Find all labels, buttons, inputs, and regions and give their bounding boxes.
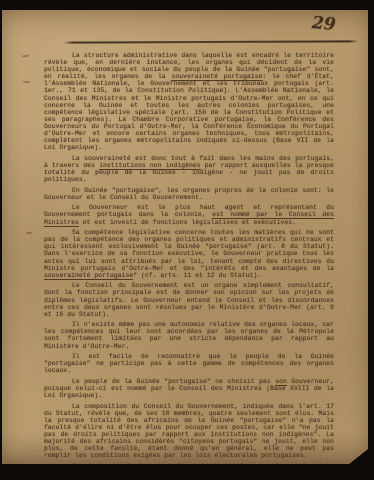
text-segment: " (cf. arts. 11 et 12 du Statut). [133, 272, 261, 279]
text-segment: : le chef d'État, l'Assemblée Nationale,… [44, 73, 334, 151]
text-segment: Sa compétence législative concerne toute… [44, 229, 334, 271]
paragraph-9: Le peuple de la Guinée "portugaise" ne c… [44, 378, 334, 399]
document-page: 29 La structure administrative dans laqu… [2, 10, 368, 464]
text-segment: La composition du Conseil du Gouvernemen… [44, 403, 334, 460]
paragraph-1: La structure administrative dans laquell… [44, 52, 334, 151]
paragraph-6: Le Conseil du Gouvernement est un organe… [44, 282, 334, 317]
paragraph-5: Sa compétence législative concerne toute… [44, 229, 334, 279]
paragraph-8: Il est facile de reconnaître que le peup… [44, 353, 334, 374]
paragraph-7: Il n'existe même pas une autonomie relat… [44, 321, 334, 349]
text-segment: Il n'existe même pas une autonomie relat… [44, 321, 334, 349]
text-segment: Le peuple de la Guinée "portugaise" ne c… [72, 378, 275, 385]
paragraph-3: En Guinée "portugaise", les organes prop… [44, 187, 334, 201]
text-segment: et est investi de fonctions législatives… [79, 219, 296, 226]
pencil-mark [23, 81, 30, 83]
pencil-mark [22, 55, 29, 58]
underlined-text: souveraineté portugaise [44, 272, 133, 280]
document-body: La structure administrative dans laquell… [44, 52, 334, 458]
handwritten-page-number: 29 [312, 13, 337, 35]
text-segment: Il est facile de reconnaître que le peup… [44, 353, 334, 374]
paragraph-10: La composition du Conseil du Gouvernemen… [44, 403, 334, 460]
text-segment: En Guinée "portugaise", les organes prop… [44, 187, 334, 201]
paragraph-2: La souveraineté est donc tout à fait dan… [44, 155, 334, 183]
text-segment: Le Conseil du Gouvernement est un organe… [44, 282, 334, 317]
pencil-mark [26, 232, 32, 234]
paragraph-4: Le Gouverneur est le plus haut agent et … [44, 204, 334, 225]
header-rule [64, 40, 358, 43]
